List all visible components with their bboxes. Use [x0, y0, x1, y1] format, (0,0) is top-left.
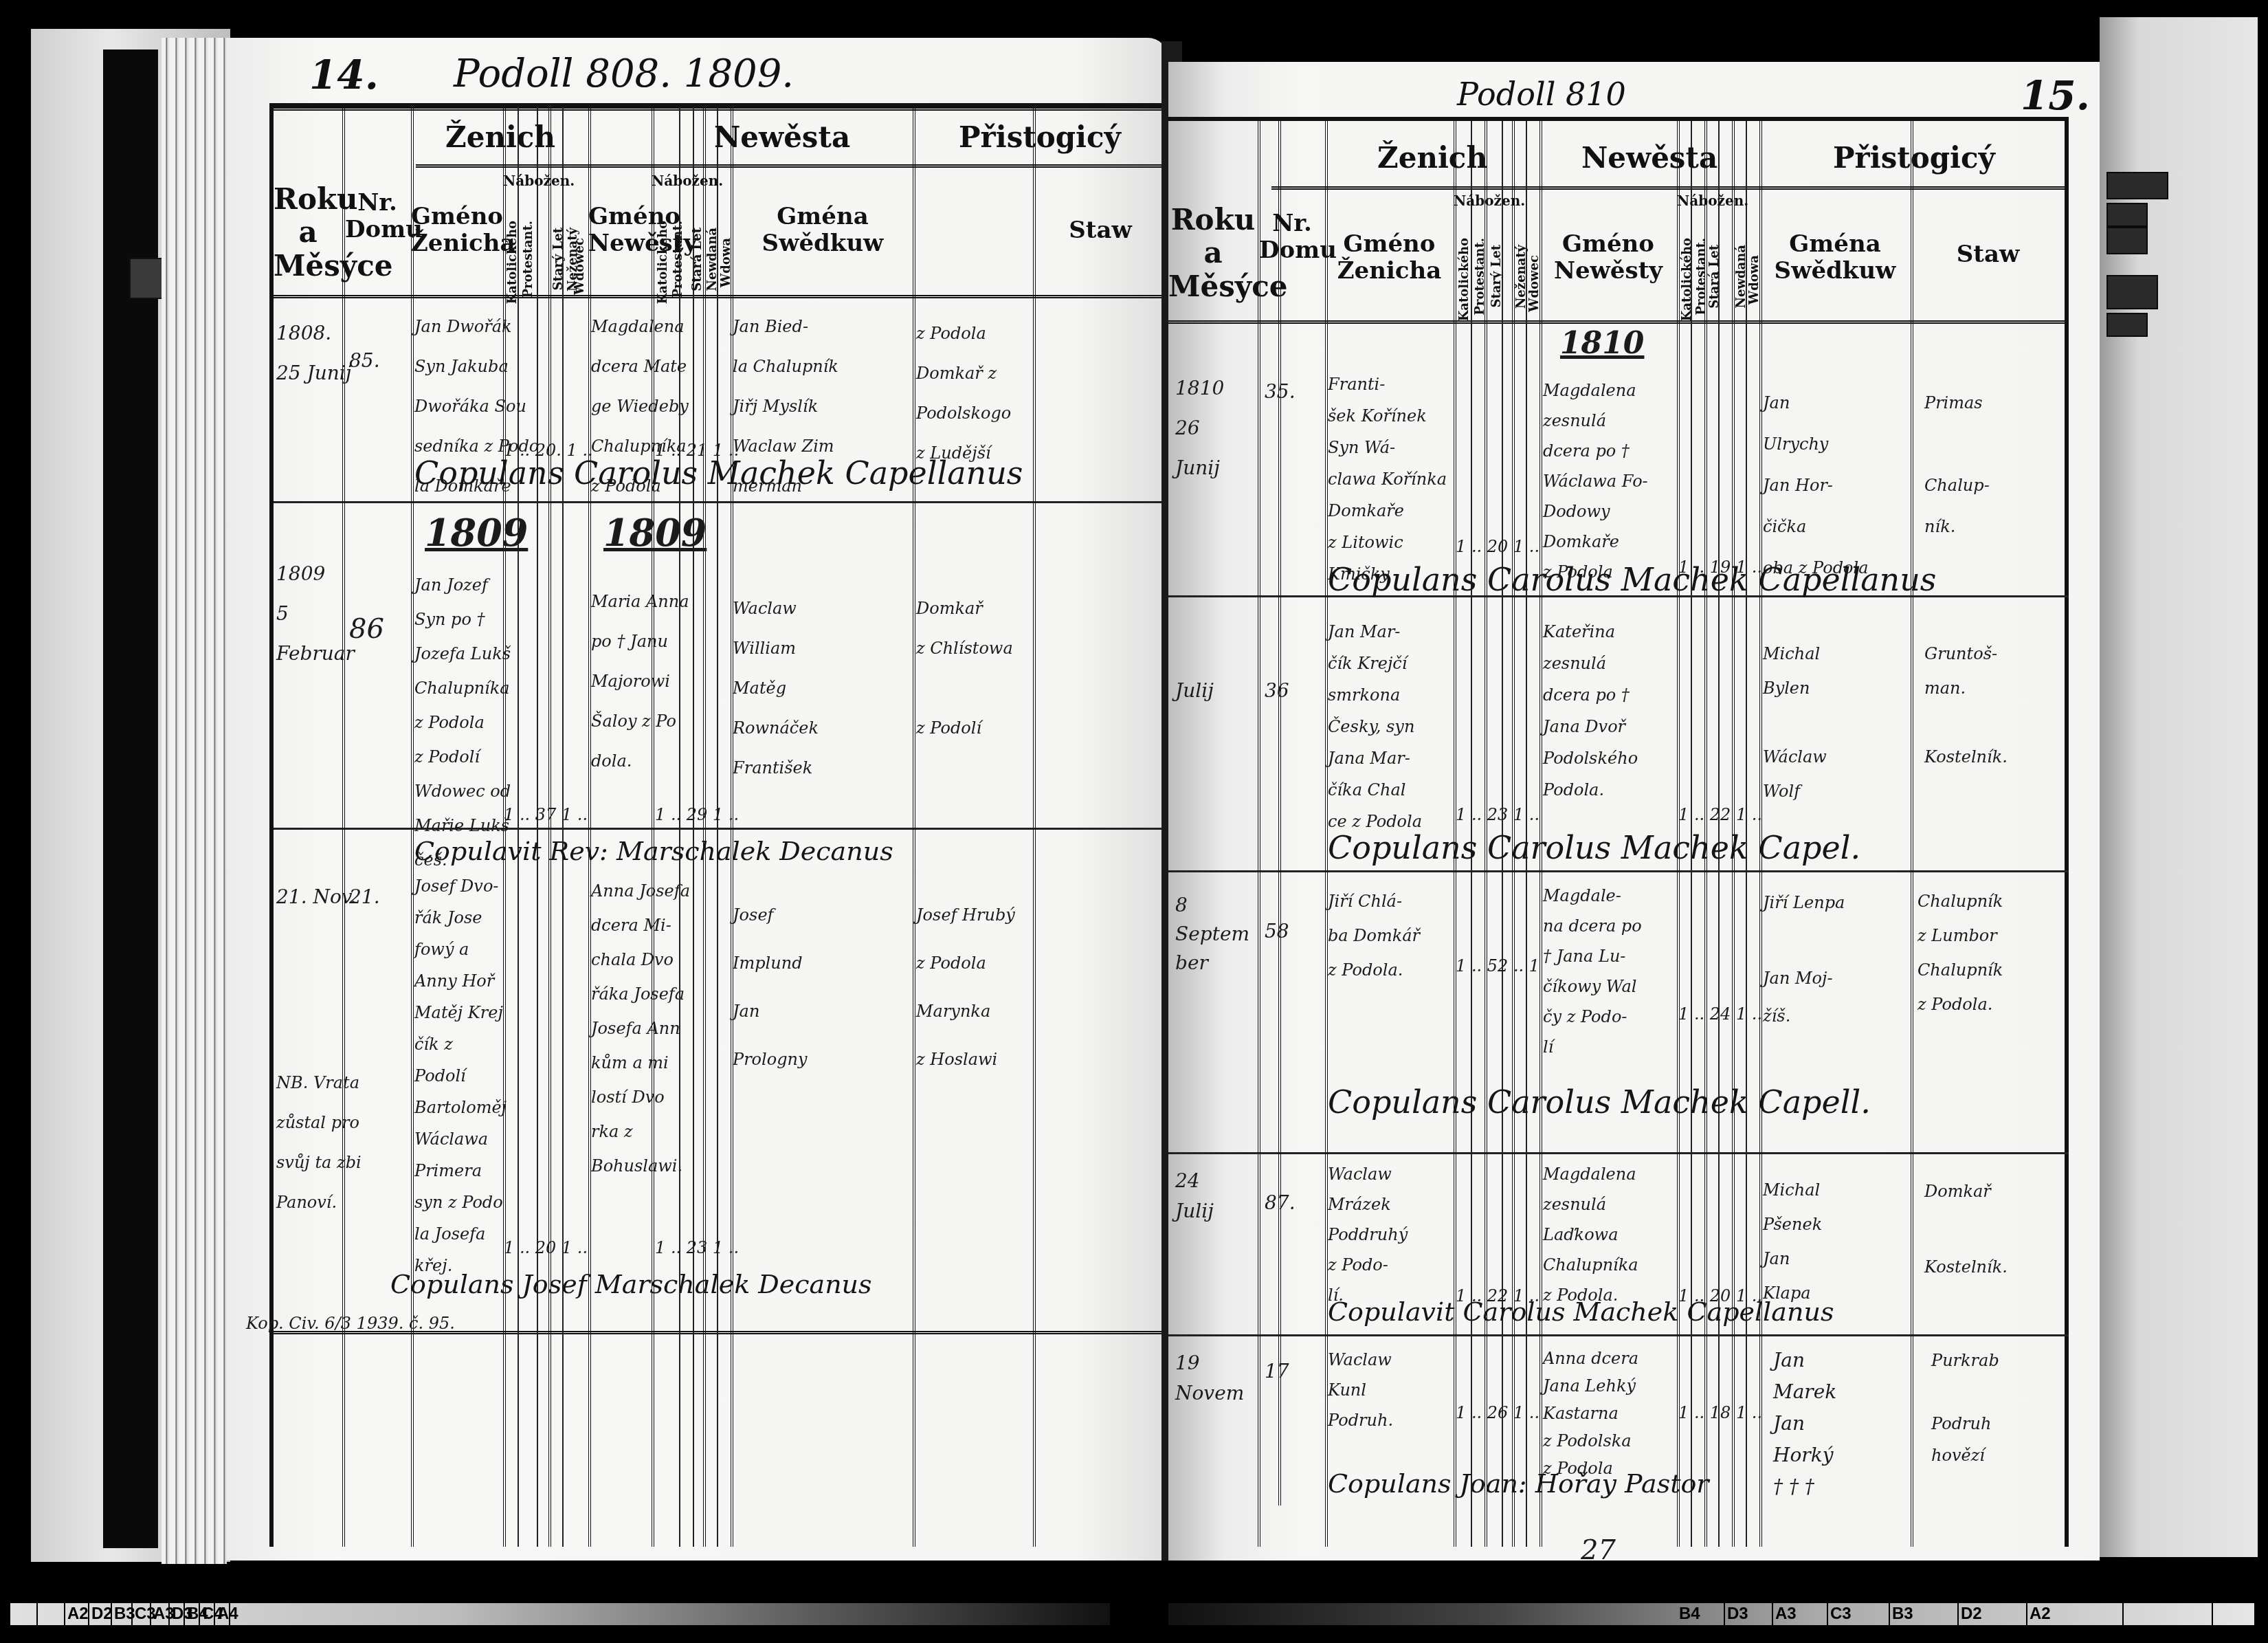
header-nabozen-groom: Nábožen. — [503, 173, 548, 189]
header-staw: Staw — [1035, 217, 1166, 244]
strip-cell: B4 — [1677, 1603, 1725, 1625]
index-tab — [2106, 227, 2148, 254]
header-nabozen-groom: Nábožen. — [1454, 193, 1495, 209]
entry-bride: Kateřina zesnulá dcera po † Jana Dvoř Po… — [1543, 616, 1638, 806]
page-edges — [162, 38, 227, 1564]
header-nr-domu: Nr. Domu — [345, 190, 410, 243]
header-bride-protestant: Protestant. — [671, 221, 685, 298]
header-pristogicy: Přistogicý — [1759, 142, 2069, 175]
header-bride-unmarried: Newdaná — [1734, 245, 1748, 308]
control-strip-left: A2 D2 B3 C3 A3 D3 B4 C4 A4 — [10, 1603, 1110, 1625]
strip-cell: B4 — [185, 1603, 200, 1625]
strip-cell: D2 — [1959, 1603, 2027, 1625]
header-groom-protestant: Protestant. — [521, 221, 535, 298]
entry-groom: Waclaw Kunl Podruh. — [1328, 1345, 1393, 1435]
header-nabozen-bride: Nábožen. — [1677, 193, 1718, 209]
entry-groom-stats: 1 .. 52 .. 1 — [1456, 946, 1539, 986]
entry-house-number: 17 — [1265, 1352, 1289, 1391]
entry-bride-stats: 1 .. 18 1 .. — [1678, 1393, 1762, 1433]
entry-bride-stats: 1 .. 24 1 .. — [1678, 994, 1762, 1034]
header-groom-katolik: Katolického — [505, 221, 520, 304]
control-strip-right: B4 D3 A3 C3 B3 D2 A2 — [1168, 1603, 2254, 1625]
folio-number: 14. — [309, 52, 379, 98]
strip-cell: C4 — [200, 1603, 215, 1625]
entry-date: 1809 5 Februar — [276, 554, 355, 674]
microfilm-scan: k m Ch 14. Podoll 808. 1809. — [0, 0, 2268, 1643]
entry-bride: Anna Josefa dcera Mi- chala Dvo řáka Jos… — [591, 874, 690, 1183]
entry-date: 1808. 25 Junij — [276, 313, 351, 393]
strip-cell: A2 — [2027, 1603, 2124, 1625]
entry-groom: Jan Mar- čík Krejčí smrkona Česky, syn J… — [1328, 616, 1422, 837]
header-newesta: Newěsta — [652, 121, 913, 154]
entry-groom-stats: 1 .. 37 1 .. — [504, 795, 588, 835]
entry-groom: Franti- šek Kořínek Syn Wá- clawa Kořínk… — [1328, 368, 1447, 590]
header-newesta: Newěsta — [1539, 142, 1759, 175]
running-head: Podoll 810 — [1457, 76, 1626, 113]
register-table-left: Roku a Měsýce Nr. Domu Ženich Newěsta Př… — [269, 103, 1163, 1547]
left-page: 14. Podoll 808. 1809. — [227, 38, 1168, 1561]
header-groom-katolik: Katolického — [1457, 238, 1471, 321]
running-head: Podoll 808. 1809. — [454, 52, 794, 96]
header-zenich: Ženich — [1325, 142, 1539, 175]
entry-officiant: Copulans Josef Marschalek Decanus — [390, 1269, 872, 1299]
entry-witnesses: Michal Bylen Wáclaw Wolf — [1763, 637, 1827, 808]
index-tabs — [2106, 172, 2161, 337]
header-zenich: Ženich — [411, 121, 590, 154]
entry-house-number: 85. — [349, 341, 380, 381]
header-nr-domu: Nr. Domu — [1259, 210, 1325, 264]
strip-cell: C3 — [133, 1603, 151, 1625]
header-bride-unmarried: Newdaná — [705, 228, 720, 291]
strip-cell — [10, 1603, 38, 1625]
header-bride-katolik: Katolického — [656, 221, 670, 304]
entry-house-number: 35. — [1265, 372, 1296, 412]
year-heading: 1809 — [425, 513, 528, 553]
right-page: Podoll 810 15. — [1168, 62, 2100, 1561]
strip-cell: A2 — [65, 1603, 89, 1625]
entry-witness-staw: Josef Hrubý z Podola Marynka z Hoslawi — [916, 891, 1015, 1083]
entry-house-number: 58 — [1265, 912, 1289, 951]
strip-cell: C3 — [1828, 1603, 1890, 1625]
entry-officiant: Copulans Carolus Machek Capellanus — [1328, 561, 1936, 598]
entry-witness-staw: Domkař z Chlístowa z Podolí — [916, 588, 1013, 748]
entry-officiant: Copulans Carolus Machek Capell. — [1328, 1083, 1871, 1121]
footnote-annotation: Kop. Civ. 6/3 1939. č. 95. — [246, 1303, 455, 1343]
header-witness-names: Gména Swědkuw — [733, 203, 913, 257]
header-bride-widow: Wdowa — [719, 238, 733, 287]
entry-witness-staw: Chalupník z Lumbor Chalupník z Podola. — [1917, 884, 2003, 1022]
entry-witnesses: Jan Marek Jan Horký † † † — [1773, 1345, 1836, 1503]
strip-cell — [38, 1603, 65, 1625]
entry-date-note: NB. Vrata zůstal pro svůj ta zbi Panoví. — [276, 1063, 362, 1222]
entry-date: Julij — [1175, 671, 1214, 711]
entry-bride: Maria Anna po † Janu Majorowi Šaloy z Po… — [591, 582, 689, 781]
page-mark: 27 — [1581, 1530, 1616, 1570]
entry-bride-stats: 1 .. 29 1 .. — [655, 795, 739, 835]
entry-date: 21. Nov. — [276, 877, 356, 917]
entry-officiant: Copulans Carolus Machek Capel. — [1328, 829, 1860, 866]
index-tab — [2106, 275, 2158, 309]
header-bride-protestant: Protestant. — [1694, 238, 1709, 316]
entry-witnesses: Jiří Lenpa Jan Moj- žíš. — [1763, 884, 1845, 1035]
header-bride-katolik: Katolického — [1680, 238, 1694, 321]
index-tab — [2106, 203, 2148, 227]
entry-witness-staw: z Podola Domkař z Podolskogo z Ludější — [916, 313, 1011, 473]
header-groom-age: Starý Let — [551, 228, 566, 291]
entry-witnesses: Michal Pšenek Jan Klapa — [1763, 1173, 1822, 1310]
header-roku-a-mesyce: Roku a Měsýce — [274, 183, 342, 283]
entry-witness-staw: Purkrab Podruh hovězí — [1931, 1345, 1999, 1471]
header-groom-age: Starý Let — [1489, 245, 1504, 308]
header-bride-age: Stará Let — [690, 228, 704, 291]
entry-groom: Josef Dvo- řák Jose fowý a Anny Hoř Matě… — [414, 870, 507, 1281]
strip-cell: D3 — [170, 1603, 185, 1625]
header-groom-protestant: Protestant. — [1473, 238, 1487, 316]
header-bride-name: Gméno Newěsty — [588, 203, 652, 257]
header-staw: Staw — [1911, 241, 2065, 268]
year-heading: 1810 — [1560, 324, 1644, 364]
header-witness-names: Gména Swědkuw — [1759, 231, 1911, 285]
entry-officiant: Copulavit Rev: Marschalek Decanus — [414, 836, 893, 866]
entry-date: 24 Julij — [1175, 1166, 1214, 1226]
entry-date: 1810 26 Junij — [1175, 368, 1224, 488]
entry-officiant: Copulans Joan: Hořay Pastor — [1328, 1468, 1709, 1499]
entry-officiant: Copulavit Carolus Machek Capellanus — [1328, 1297, 1834, 1327]
entry-groom: Waclaw Mrázek Poddruhý z Podo- lí. — [1328, 1159, 1408, 1310]
entry-house-number: 36 — [1265, 671, 1289, 711]
entry-house-number: 86 — [349, 609, 384, 649]
strip-cell: B3 — [112, 1603, 133, 1625]
index-tab — [2106, 172, 2168, 199]
strip-cell: A3 — [1773, 1603, 1828, 1625]
index-tab — [2106, 313, 2148, 337]
header-groom-name: Gméno Ženicha — [411, 203, 503, 257]
folio-number: 15. — [2021, 72, 2090, 119]
entry-bride-stats: 1 .. 23 1 .. — [655, 1228, 739, 1268]
header-groom-widower: Wdowec — [572, 238, 587, 295]
header-groom-single: Neženatý — [1514, 245, 1528, 309]
year-heading: 1809 — [603, 513, 707, 553]
strip-cell: D3 — [1725, 1603, 1773, 1625]
entry-groom-stats: 1 .. 26 1 .. — [1456, 1393, 1539, 1433]
entry-groom: Jan Jozef Syn po † Jozefa Lukš Chalupník… — [414, 568, 511, 877]
header-bride-name: Gméno Newěsty — [1539, 231, 1677, 285]
strip-cell: D2 — [89, 1603, 112, 1625]
strip-cell: B3 — [1890, 1603, 1959, 1625]
entry-house-number: 87. — [1265, 1183, 1296, 1223]
entry-witness-staw: Domkař Kostelník. — [1924, 1173, 2008, 1286]
entry-bride: Magdalena zesnulá dcera po † Wáclawa Fo-… — [1543, 375, 1648, 587]
entry-house-number: 21. — [349, 877, 380, 917]
entry-bride: Anna dcera Jana Lehký Kastarna z Podolsk… — [1543, 1345, 1638, 1482]
strip-cell: A4 — [215, 1603, 230, 1625]
strip-cell — [2124, 1603, 2213, 1625]
header-pristogicy: Přistogicý — [913, 121, 1167, 154]
entry-witnesses: Waclaw William Matěg Rownáček František — [733, 588, 819, 788]
entry-groom-stats: 1 .. 20 1 .. — [504, 1228, 588, 1268]
header-groom-name: Gméno Ženicha — [1325, 231, 1454, 285]
entry-date: 8 Septem ber — [1175, 891, 1249, 978]
entry-officiant: Copulans Carolus Machek Capellanus — [414, 454, 1023, 492]
entry-bride: Magdalena zesnulá Laďkowa Chalupníka z P… — [1543, 1159, 1638, 1310]
header-bride-age: Stará Let — [1707, 245, 1722, 309]
entry-witness-staw: Primas Chalup- ník. — [1924, 382, 1990, 547]
entry-witness-staw: Gruntoš- man. Kostelník. — [1924, 637, 2008, 774]
strip-cell — [2213, 1603, 2254, 1625]
register-table-right: Roku a Měsýce Nr. Domu Ženich Newěsta Př… — [1168, 117, 2069, 1547]
entry-bride: Magdale- na dcera po † Jana Lu- číkowy W… — [1543, 881, 1642, 1062]
strip-cell: A3 — [151, 1603, 170, 1625]
entry-date: 19 Novem — [1175, 1348, 1244, 1409]
header-nabozen-bride: Nábožen. — [652, 173, 703, 189]
entry-groom: Jiří Chlá- ba Domkář z Podola. — [1328, 884, 1420, 987]
header-roku-a-mesyce: Roku a Měsýce — [1168, 203, 1258, 303]
entry-witnesses: Josef Implund Jan Prologny — [733, 891, 808, 1083]
entry-witnesses: Jan Ulrychy Jan Hor- čička oba z Podola — [1763, 382, 1868, 588]
